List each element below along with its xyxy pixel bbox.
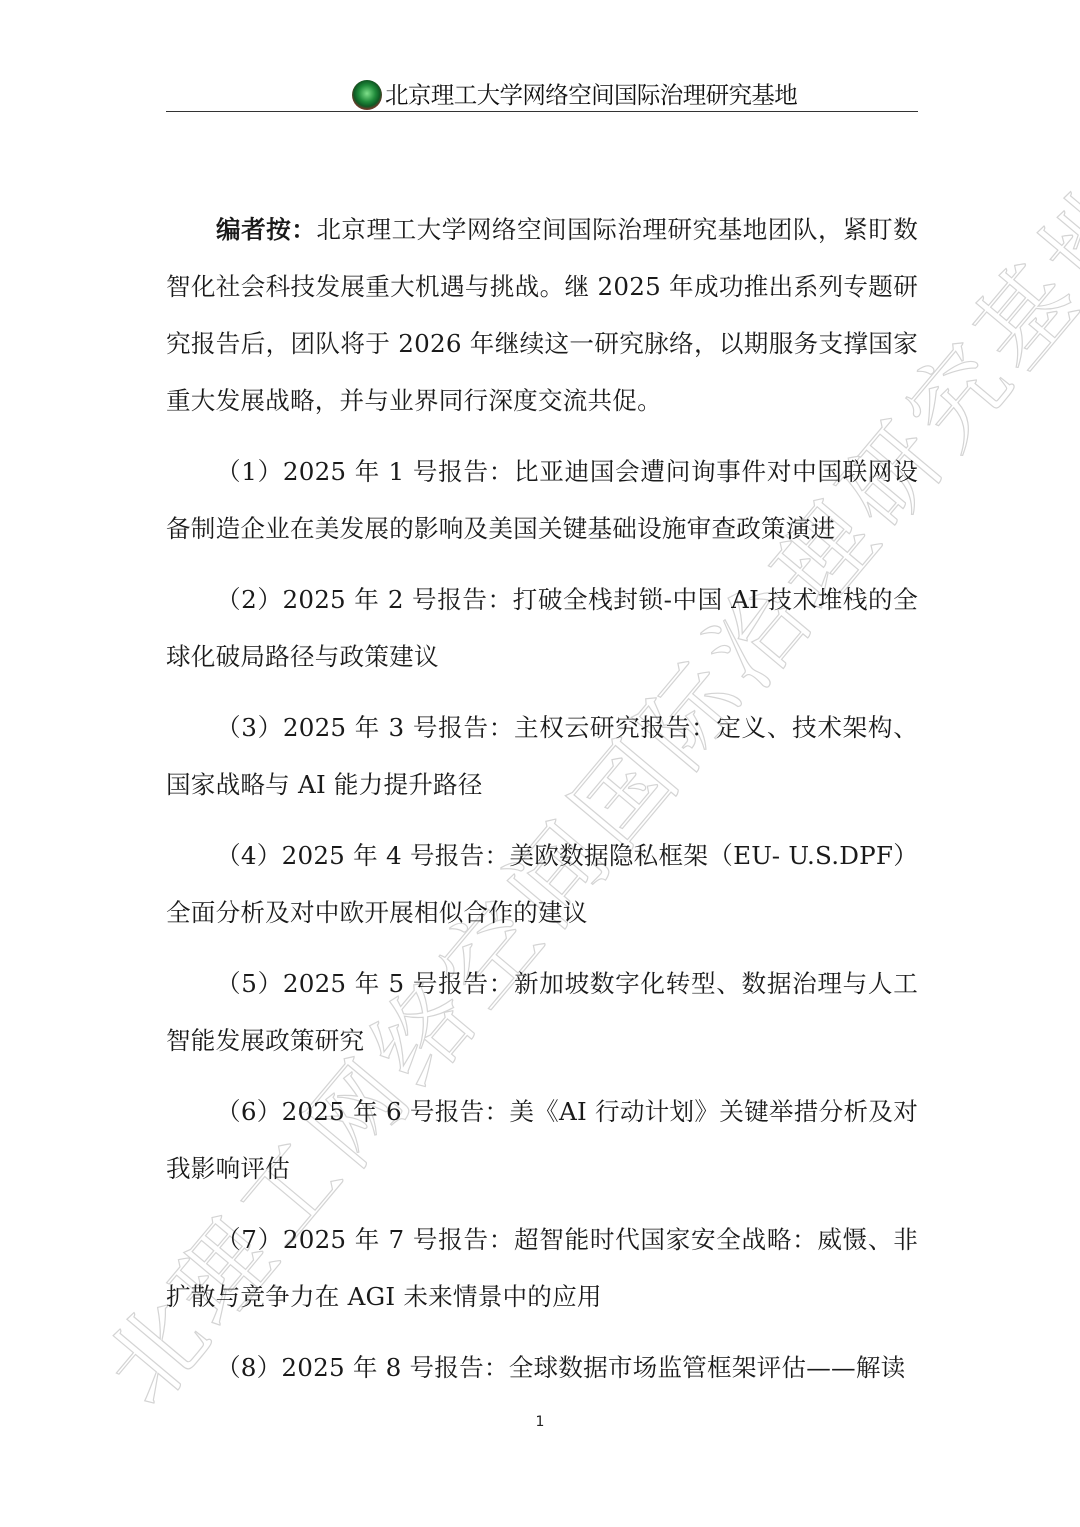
report-item: （4）2025 年 4 号报告：美欧数据隐私框架（EU- U.S.DPF）全面分… bbox=[166, 827, 918, 941]
editor-note-lead: 编者按： bbox=[216, 215, 316, 244]
report-item: （8）2025 年 8 号报告：全球数据市场监管框架评估——解读 bbox=[166, 1339, 918, 1396]
report-label: （4）2025 年 4 号报告： bbox=[216, 841, 509, 870]
report-item: （6）2025 年 6 号报告：美《AI 行动计划》关键举措分析及对我影响评估 bbox=[166, 1083, 918, 1197]
university-emblem-icon bbox=[352, 80, 382, 110]
report-label: （6）2025 年 6 号报告： bbox=[216, 1097, 509, 1126]
report-item: （7）2025 年 7 号报告：超智能时代国家安全战略：威慑、非扩散与竞争力在 … bbox=[166, 1211, 918, 1325]
report-label: （3）2025 年 3 号报告： bbox=[216, 713, 514, 742]
page-header: 北京理工大学网络空间国际治理研究基地 bbox=[166, 76, 918, 112]
header-divider bbox=[166, 111, 918, 112]
report-label: （8）2025 年 8 号报告： bbox=[216, 1353, 509, 1382]
editor-note: 编者按：北京理工大学网络空间国际治理研究基地团队，紧盯数智化社会科技发展重大机遇… bbox=[166, 201, 918, 429]
report-item: （2）2025 年 2 号报告：打破全栈封锁-中国 AI 技术堆栈的全球化破局路… bbox=[166, 571, 918, 685]
document-body: 编者按：北京理工大学网络空间国际治理研究基地团队，紧盯数智化社会科技发展重大机遇… bbox=[166, 201, 918, 1396]
header-title: 北京理工大学网络空间国际治理研究基地 bbox=[385, 80, 797, 110]
report-title: 全球数据市场监管框架评估——解读 bbox=[509, 1353, 906, 1382]
report-item: （5）2025 年 5 号报告：新加坡数字化转型、数据治理与人工智能发展政策研究 bbox=[166, 955, 918, 1069]
report-label: （7）2025 年 7 号报告： bbox=[216, 1225, 514, 1254]
report-item: （1）2025 年 1 号报告：比亚迪国会遭问询事件对中国联网设备制造企业在美发… bbox=[166, 443, 918, 557]
header-brand: 北京理工大学网络空间国际治理研究基地 bbox=[352, 80, 797, 110]
report-label: （2）2025 年 2 号报告： bbox=[216, 585, 513, 614]
editor-note-text: 北京理工大学网络空间国际治理研究基地团队，紧盯数智化社会科技发展重大机遇与挑战。… bbox=[166, 215, 918, 415]
report-label: （1）2025 年 1 号报告： bbox=[216, 457, 514, 486]
page-number: 1 bbox=[0, 1414, 1080, 1430]
report-label: （5）2025 年 5 号报告： bbox=[216, 969, 514, 998]
report-item: （3）2025 年 3 号报告：主权云研究报告：定义、技术架构、国家战略与 AI… bbox=[166, 699, 918, 813]
